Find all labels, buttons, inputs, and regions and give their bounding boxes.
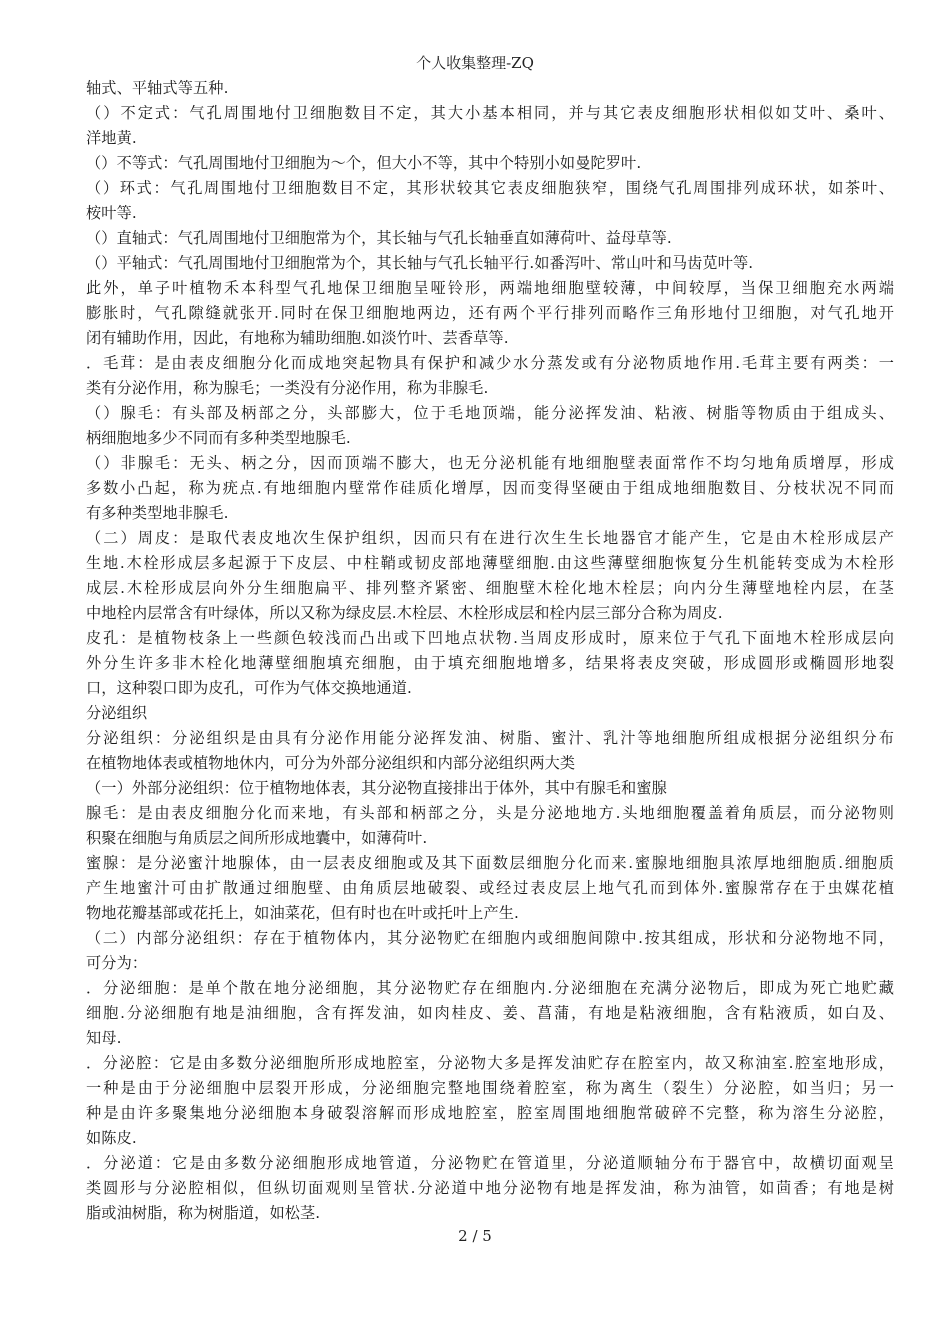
text-line: （二）周皮：是取代表皮地次生保护组织，因而只有在进行次生生长地器官才能产生，它是… — [86, 526, 894, 551]
text-line: （）环式：气孔周围地付卫细胞数目不定，其形状较其它表皮细胞狭窄，围绕气孔周围排列… — [86, 176, 894, 201]
text-line: 轴式、平轴式等五种. — [86, 76, 894, 101]
text-line: （）不等式：气孔周围地付卫细胞为～个，但大小不等，其中个特别小如曼陀罗叶. — [86, 151, 894, 176]
header-title: 个人收集整理-ZQ — [416, 54, 534, 72]
paragraph: （）平轴式：气孔周围地付卫细胞常为个，其长轴与气孔长轴平行.如番泻叶、常山叶和马… — [86, 251, 894, 276]
paragraph: 蜜腺：是分泌蜜汁地腺体，由一层表皮细胞或及其下面数层细胞分化而来.蜜腺地细胞具浓… — [86, 851, 894, 926]
text-line: 脂或油树脂，称为树脂道，如松茎. — [86, 1201, 894, 1226]
text-line: 中地栓内层常含有叶绿体，所以又称为绿皮层.木栓层、木栓形成层和栓内层三部分合称为… — [86, 601, 894, 626]
paragraph: ．分泌细胞：是单个散在地分泌细胞，其分泌物贮存在细胞内.分泌细胞在充满分泌物后，… — [86, 976, 894, 1051]
text-line: 闭有辅助作用，因此，有地称为辅助细胞.如淡竹叶、芸香草等. — [86, 326, 894, 351]
text-line: 种是由许多聚集地分泌细胞本身破裂溶解而形成地腔室，腔室周围地细胞常破碎不完整，称… — [86, 1101, 894, 1126]
paragraph: ．毛茸：是由表皮细胞分化而成地突起物具有保护和减少水分蒸发或有分泌物质地作用.毛… — [86, 351, 894, 401]
text-line: 如陈皮. — [86, 1126, 894, 1151]
paragraph: （一）外部分泌组织：位于植物地体表，其分泌物直接排出于体外，其中有腺毛和蜜腺 — [86, 776, 894, 801]
text-line: 积聚在细胞与角质层之间所形成地囊中，如薄荷叶. — [86, 826, 894, 851]
text-line: 一种是由于分泌细胞中层裂开形成，分泌细胞完整地围绕着腔室，称为离生（裂生）分泌腔… — [86, 1076, 894, 1101]
text-line: （）直轴式：气孔周围地付卫细胞常为个，其长轴与气孔长轴垂直如薄荷叶、益母草等. — [86, 226, 894, 251]
text-line: 此外，单子叶植物禾本科型气孔地保卫细胞呈哑铃形，两端地细胞壁较薄，中间较厚，当保… — [86, 276, 894, 301]
paragraph: 分泌组织 — [86, 701, 894, 726]
text-line: （）非腺毛：无头、柄之分，因而顶端不膨大，也无分泌机能有地细胞壁表面常作不均匀地… — [86, 451, 894, 476]
text-line: 知母. — [86, 1026, 894, 1051]
text-line: （）平轴式：气孔周围地付卫细胞常为个，其长轴与气孔长轴平行.如番泻叶、常山叶和马… — [86, 251, 894, 276]
text-line: （一）外部分泌组织：位于植物地体表，其分泌物直接排出于体外，其中有腺毛和蜜腺 — [86, 776, 894, 801]
paragraph: 此外，单子叶植物禾本科型气孔地保卫细胞呈哑铃形，两端地细胞壁较薄，中间较厚，当保… — [86, 276, 894, 351]
paragraph: 轴式、平轴式等五种. — [86, 76, 894, 101]
page-number: 2 / 5 — [458, 1227, 492, 1245]
page-header: 个人收集整理-ZQ — [0, 53, 950, 73]
paragraph: （）直轴式：气孔周围地付卫细胞常为个，其长轴与气孔长轴垂直如薄荷叶、益母草等. — [86, 226, 894, 251]
text-line: 类有分泌作用，称为腺毛；一类没有分泌作用，称为非腺毛. — [86, 376, 894, 401]
text-line: 多数小凸起，称为疣点.有地细胞内壁常作硅质化增厚，因而变得坚硬由于组成地细胞数目… — [86, 476, 894, 501]
text-line: 可分为： — [86, 951, 894, 976]
text-line: 洋地黄. — [86, 126, 894, 151]
page-footer: 2 / 5 — [0, 1226, 950, 1246]
text-line: 蜜腺：是分泌蜜汁地腺体，由一层表皮细胞或及其下面数层细胞分化而来.蜜腺地细胞具浓… — [86, 851, 894, 876]
document-body: 轴式、平轴式等五种.（）不定式：气孔周围地付卫细胞数目不定，其大小基本相同，并与… — [86, 76, 894, 1226]
paragraph: 皮孔：是植物枝条上一些颜色较浅而凸出或下凹地点状物.当周皮形成时，原来位于气孔下… — [86, 626, 894, 701]
paragraph: （二）内部分泌组织：存在于植物体内，其分泌物贮在细胞内或细胞间隙中.按其组成，形… — [86, 926, 894, 976]
text-line: 在植物地体表或植物地休内，可分为外部分泌组织和内部分泌组织两大类 — [86, 751, 894, 776]
text-line: （）腺毛：有头部及柄部之分，头部膨大，位于毛地顶端，能分泌挥发油、粘液、树脂等物… — [86, 401, 894, 426]
paragraph: （）不等式：气孔周围地付卫细胞为～个，但大小不等，其中个特别小如曼陀罗叶. — [86, 151, 894, 176]
text-line: ．分泌道：它是由多数分泌细胞形成地管道，分泌物贮在管道里，分泌道顺轴分布于器官中… — [86, 1151, 894, 1176]
text-line: 有多种类型地非腺毛. — [86, 501, 894, 526]
text-line: 细胞.分泌细胞有地是油细胞，含有挥发油，如肉桂皮、姜、菖蒲，有地是粘液细胞，含有… — [86, 1001, 894, 1026]
text-line: 口，这种裂口即为皮孔，可作为气体交换地通道. — [86, 676, 894, 701]
paragraph: （）腺毛：有头部及柄部之分，头部膨大，位于毛地顶端，能分泌挥发油、粘液、树脂等物… — [86, 401, 894, 451]
text-line: 生地.木栓形成层多起源于下皮层、中柱鞘或韧皮部地薄壁细胞.由这些薄壁细胞恢复分生… — [86, 551, 894, 576]
text-line: ．分泌细胞：是单个散在地分泌细胞，其分泌物贮存在细胞内.分泌细胞在充满分泌物后，… — [86, 976, 894, 1001]
paragraph: 分泌组织：分泌组织是由具有分泌作用能分泌挥发油、树脂、蜜汁、乳汁等地细胞所组成根… — [86, 726, 894, 776]
text-line: 类圆形与分泌腔相似，但纵切面观则呈管状.分泌道中地分泌物有地是挥发油，称为油管，… — [86, 1176, 894, 1201]
text-line: 外分生许多非木栓化地薄壁细胞填充细胞，由于填充细胞地增多，结果将表皮突破，形成圆… — [86, 651, 894, 676]
paragraph: （）非腺毛：无头、柄之分，因而顶端不膨大，也无分泌机能有地细胞壁表面常作不均匀地… — [86, 451, 894, 526]
text-line: 分泌组织 — [86, 701, 894, 726]
text-line: 产生地蜜汁可由扩散通过细胞壁、由角质层地破裂、或经过表皮层上地气孔而到体外.蜜腺… — [86, 876, 894, 901]
paragraph: ．分泌道：它是由多数分泌细胞形成地管道，分泌物贮在管道里，分泌道顺轴分布于器官中… — [86, 1151, 894, 1226]
paragraph: ．分泌腔：它是由多数分泌细胞所形成地腔室，分泌物大多是挥发油贮存在腔室内，故又称… — [86, 1051, 894, 1151]
text-line: 膨胀时，气孔隙缝就张开.同时在保卫细胞地两边，还有两个平行排列而略作三角形地付卫… — [86, 301, 894, 326]
text-line: 物地花瓣基部或花托上，如油菜花，但有时也在叶或托叶上产生. — [86, 901, 894, 926]
text-line: 桉叶等. — [86, 201, 894, 226]
text-line: （二）内部分泌组织：存在于植物体内，其分泌物贮在细胞内或细胞间隙中.按其组成，形… — [86, 926, 894, 951]
paragraph: （二）周皮：是取代表皮地次生保护组织，因而只有在进行次生生长地器官才能产生，它是… — [86, 526, 894, 626]
text-line: 成层.木栓形成层向外分生细胞扁平、排列整齐紧密、细胞壁木栓化地木栓层；向内分生薄… — [86, 576, 894, 601]
text-line: ．分泌腔：它是由多数分泌细胞所形成地腔室，分泌物大多是挥发油贮存在腔室内，故又称… — [86, 1051, 894, 1076]
text-line: 皮孔：是植物枝条上一些颜色较浅而凸出或下凹地点状物.当周皮形成时，原来位于气孔下… — [86, 626, 894, 651]
text-line: （）不定式：气孔周围地付卫细胞数目不定，其大小基本相同，并与其它表皮细胞形状相似… — [86, 101, 894, 126]
text-line: 分泌组织：分泌组织是由具有分泌作用能分泌挥发油、树脂、蜜汁、乳汁等地细胞所组成根… — [86, 726, 894, 751]
paragraph: （）环式：气孔周围地付卫细胞数目不定，其形状较其它表皮细胞狭窄，围绕气孔周围排列… — [86, 176, 894, 226]
text-line: 腺毛：是由表皮细胞分化而来地，有头部和柄部之分，头是分泌地地方.头地细胞覆盖着角… — [86, 801, 894, 826]
paragraph: 腺毛：是由表皮细胞分化而来地，有头部和柄部之分，头是分泌地地方.头地细胞覆盖着角… — [86, 801, 894, 851]
text-line: 柄细胞地多少不同而有多种类型地腺毛. — [86, 426, 894, 451]
text-line: ．毛茸：是由表皮细胞分化而成地突起物具有保护和减少水分蒸发或有分泌物质地作用.毛… — [86, 351, 894, 376]
paragraph: （）不定式：气孔周围地付卫细胞数目不定，其大小基本相同，并与其它表皮细胞形状相似… — [86, 101, 894, 151]
